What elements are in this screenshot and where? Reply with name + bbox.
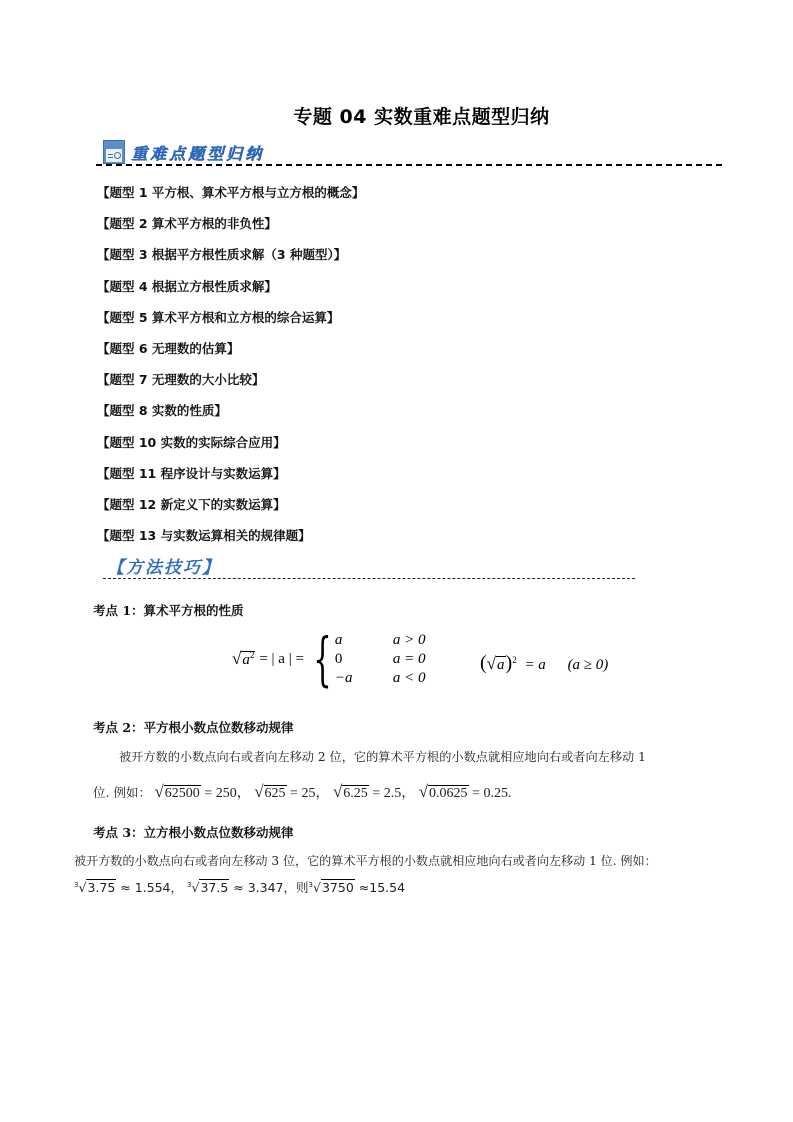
kaodian-3-text: 被开方数的小数点向右或者向左移动 3 位，它的算术平方根的小数点就相应地向右或者… (74, 852, 657, 869)
kaodian-3-title: 考点 3：立方根小数点位数移动规律 (93, 823, 294, 841)
formula-abs-value: √a2 = | a | = { aa > 0 0a = 0 −aa < 0 (232, 630, 453, 688)
topic-item: 【题型 5 算术平方根和立方根的综合运算】 (97, 308, 339, 326)
topic-item: 【题型 10 实数的实际综合应用】 (97, 433, 286, 451)
dashed-divider (96, 164, 722, 166)
dashed-divider (103, 578, 635, 579)
topic-item: 【题型 1 平方根、算术平方根与立方根的概念】 (97, 183, 364, 201)
kaodian-2-text: 被开方数的小数点向右或者向左移动 2 位，它的算术平方根的小数点就相应地向右或者… (119, 748, 646, 765)
kaodian-1-title: 考点 1：算术平方根的性质 (93, 601, 244, 619)
kaodian-2-title: 考点 2：平方根小数点位数移动规律 (93, 718, 294, 736)
sqrt-expression: √a2 (232, 649, 255, 669)
topic-item: 【题型 8 实数的性质】 (97, 401, 227, 419)
topic-item: 【题型 4 根据立方根性质求解】 (97, 277, 277, 295)
section-heading: 重难点题型归纳 (103, 138, 264, 166)
topic-item: 【题型 12 新定义下的实数运算】 (97, 495, 286, 513)
page-title: 专题 04 实数重难点题型归纳 (0, 102, 793, 129)
method-heading: 【方法技巧】 (107, 553, 221, 578)
kaodian-2-examples: 位. 例如： √62500 = 250， √625 = 25， √6.25 = … (93, 782, 511, 802)
topic-item: 【题型 3 根据平方根性质求解（3 种题型）】 (97, 245, 346, 263)
topic-item: 【题型 6 无理数的估算】 (97, 339, 239, 357)
kaodian-3-examples: 3√3.75 ≈ 1.554， 3√37.5 ≈ 3.347，则3√3750 ≈… (74, 878, 405, 896)
section-heading-label: 重难点题型归纳 (131, 141, 264, 164)
formula-square-of-root: (√a)2 = a (a ≥ 0) (480, 652, 608, 675)
topic-item: 【题型 11 程序设计与实数运算】 (97, 464, 286, 482)
topic-item: 【题型 13 与实数运算相关的规律题】 (97, 526, 311, 544)
topic-item: 【题型 2 算术平方根的非负性】 (97, 214, 277, 232)
topic-item: 【题型 7 无理数的大小比较】 (97, 370, 264, 388)
document-search-icon (103, 140, 125, 164)
